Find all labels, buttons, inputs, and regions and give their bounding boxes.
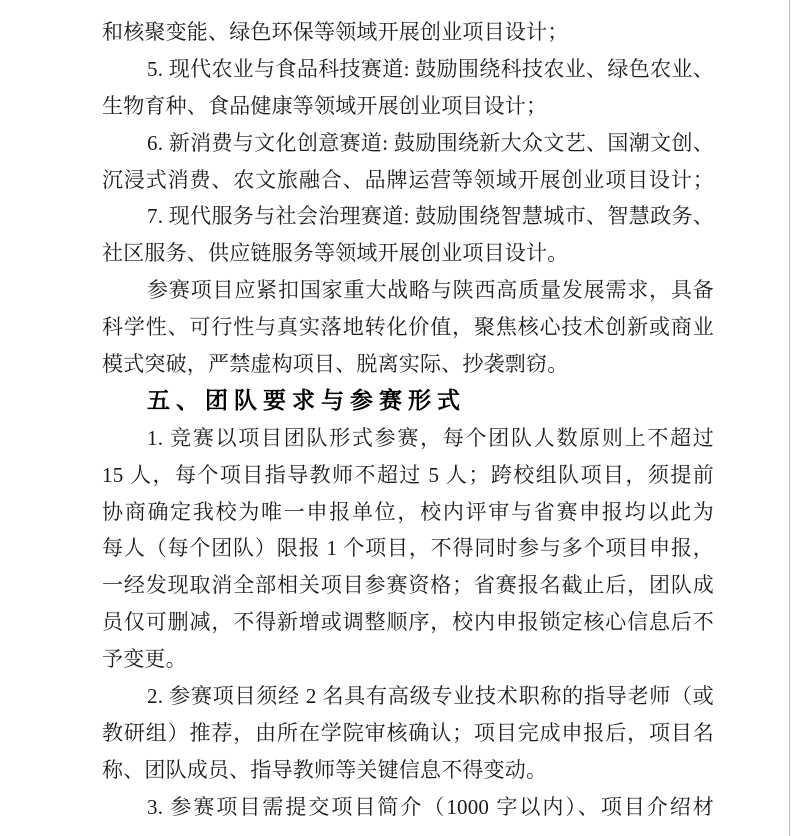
document-text-block: 和核聚变能、绿色环保等领域开展创业项目设计；5. 现代农业与食品科技赛道: 鼓励… (102, 14, 714, 826)
document-line: 5. 现代农业与食品科技赛道: 鼓励围绕科技农业、绿色农业、 (102, 51, 714, 88)
document-line: 15 人，每个项目指导教师不超过 5 人；跨校组队项目，须提前 (102, 457, 714, 494)
document-line: 教研组）推荐，由所在学院审核确认；项目完成申报后，项目名 (102, 715, 714, 752)
section-heading: 五、团队要求与参赛形式 (102, 383, 714, 420)
document-line: 和核聚变能、绿色环保等领域开展创业项目设计； (102, 14, 714, 51)
document-line: 2. 参赛项目须经 2 名具有高级专业技术职称的指导老师（或 (102, 678, 714, 715)
document-line: 7. 现代服务与社会治理赛道: 鼓励围绕智慧城市、智慧政务、 (102, 198, 714, 235)
document-line: 称、团队成员、指导教师等关键信息不得变动。 (102, 752, 714, 789)
page-edge-line (789, 0, 791, 836)
document-line: 一经发现取消全部相关项目参赛资格；省赛报名截止后，团队成 (102, 567, 714, 604)
document-line: 3. 参赛项目需提交项目简介（1000 字以内）、项目介绍材 (102, 789, 714, 826)
document-line: 生物育种、食品健康等领域开展创业项目设计； (102, 88, 714, 125)
document-line: 模式突破，严禁虚构项目、脱离实际、抄袭剽窃。 (102, 346, 714, 383)
document-line: 协商确定我校为唯一申报单位，校内评审与省赛申报均以此为准。 (102, 494, 714, 531)
document-line: 社区服务、供应链服务等领域开展创业项目设计。 (102, 235, 714, 272)
document-line: 1. 竞赛以项目团队形式参赛，每个团队人数原则上不超过 (102, 420, 714, 457)
document-line: 每人（每个团队）限报 1 个项目，不得同时参与多个项目申报， (102, 530, 714, 567)
document-line: 员仅可删减，不得新增或调整顺序，校内申报锁定核心信息后不 (102, 604, 714, 641)
document-line: 参赛项目应紧扣国家重大战略与陕西高质量发展需求，具备 (102, 272, 714, 309)
document-line: 沉浸式消费、农文旅融合、品牌运营等领域开展创业项目设计； (102, 162, 714, 199)
document-line: 予变更。 (102, 641, 714, 678)
document-line: 6. 新消费与文化创意赛道: 鼓励围绕新大众文艺、国潮文创、 (102, 125, 714, 162)
document-page[interactable]: 和核聚变能、绿色环保等领域开展创业项目设计；5. 现代农业与食品科技赛道: 鼓励… (0, 0, 792, 836)
document-line: 科学性、可行性与真实落地转化价值，聚焦核心技术创新或商业 (102, 309, 714, 346)
